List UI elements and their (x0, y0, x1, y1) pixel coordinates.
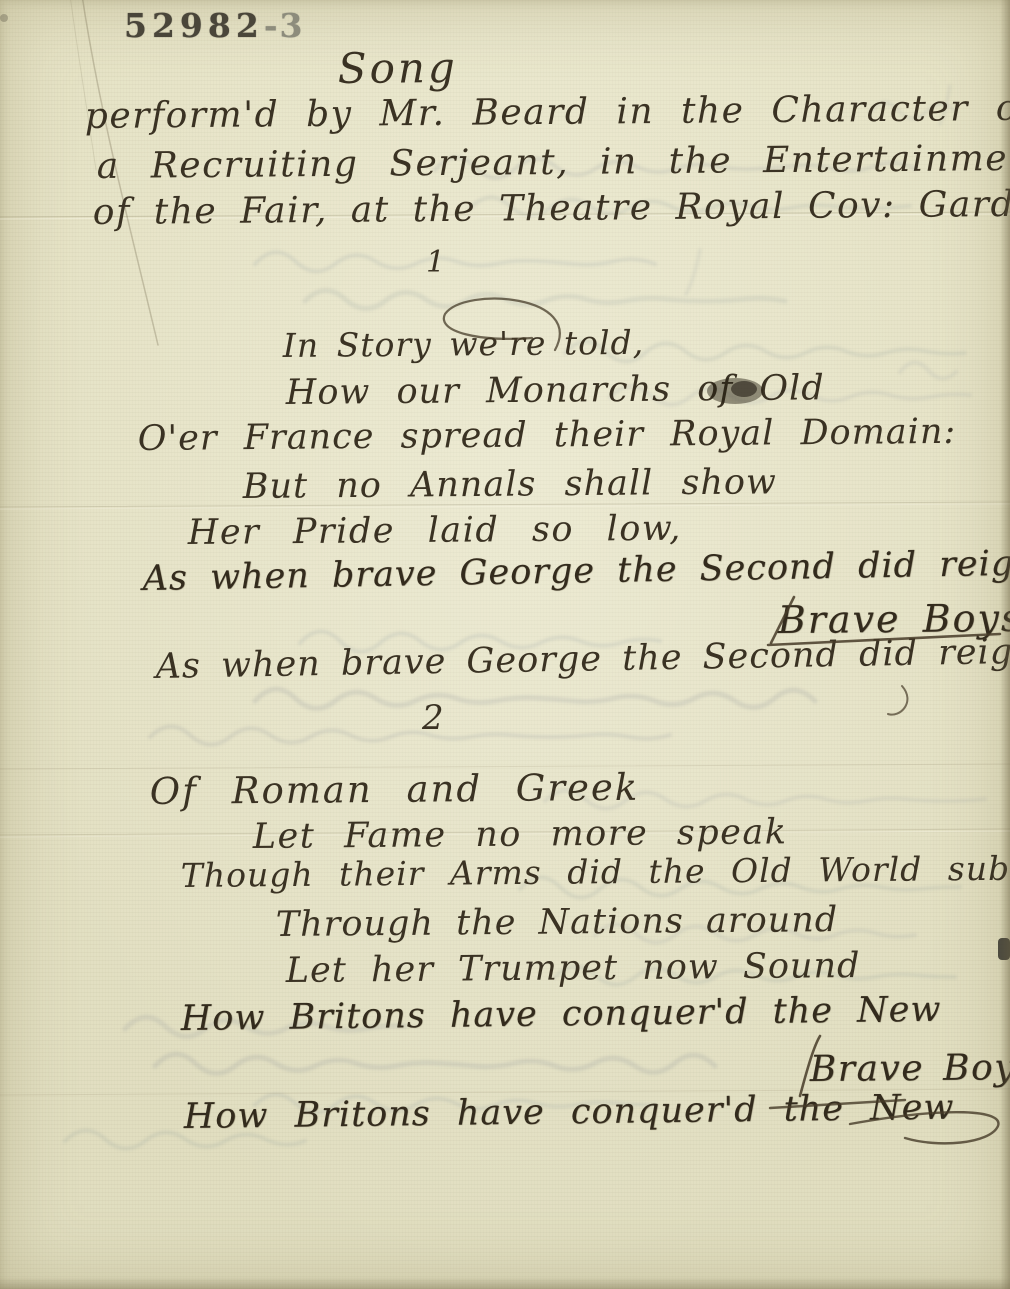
stanza1-line-6: As when brave George the Second did reig… (142, 544, 1010, 598)
stamp-number: 52982 (124, 6, 264, 45)
stanza1-line-4: But no Annals shall show (243, 463, 777, 506)
stanza2-line-6: How Britons have conquer'd the New (181, 991, 942, 1039)
song-title: Song (338, 45, 458, 92)
stanza2-line-3: Though their Arms did the Old World subd… (181, 850, 1010, 894)
stanza2-line-5: Let her Trumpet now Sound (286, 947, 861, 991)
header-line-3: of the Fair, at the Theatre Royal Cov: G… (93, 185, 1010, 233)
stanza2-repeat-line: How Britons have conquer'd the New (184, 1089, 955, 1137)
header-line-2: a Recruiting Serjeant, in the Entertainm… (97, 139, 1010, 187)
manuscript-page: 52982-3 Song perform'd by Mr. Beard in t… (0, 0, 1010, 1289)
stanza2-line-4: Through the Nations around (276, 901, 839, 944)
catalog-stamp: 52982-3 (124, 6, 304, 45)
paper-speck (0, 14, 8, 22)
stanza-1-number: 1 (426, 246, 445, 279)
stanza2-refrain: Brave Boys (810, 1048, 1010, 1090)
stanza1-repeat-line: As when brave George the Second did reig… (155, 632, 1010, 686)
page-edge-shadow-bottom (0, 1277, 1010, 1289)
page-edge-shadow-right (1000, 0, 1010, 1289)
stanza2-line-1: Of Roman and Greek (150, 768, 640, 813)
stanza1-line-3: O'er France spread their Royal Domain: (138, 413, 957, 459)
stanza2-line-2: Let Fame no more speak (253, 813, 788, 856)
stanza1-line-1: In Story we're told, (283, 325, 645, 364)
stamp-suffix: -3 (264, 6, 305, 45)
stanza-2-number: 2 (422, 700, 444, 737)
stanza1-line-5: Her Pride laid so low, (188, 510, 682, 553)
stanza1-line-2: How our Monarchs of Old (286, 369, 825, 412)
pen-tail-flourish (888, 686, 907, 715)
header-line-1: perform'd by Mr. Beard in the Character … (85, 89, 1010, 137)
